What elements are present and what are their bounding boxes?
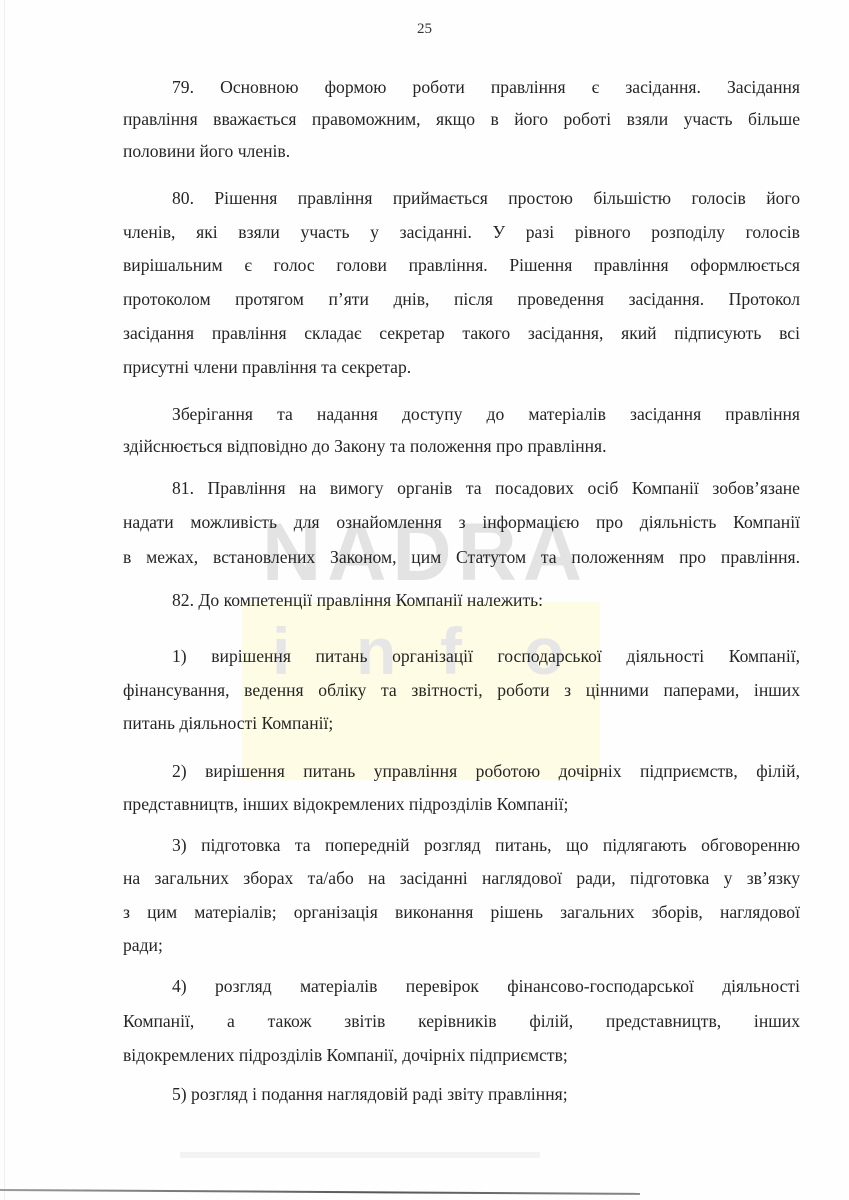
paragraph-80-line: членів, які взяли участь у засіданні. У … bbox=[123, 221, 800, 243]
paragraph-storage-line: Зберігання та надання доступу до матеріа… bbox=[172, 403, 800, 425]
paragraph-79-line: правління вважається правоможним, якщо в… bbox=[123, 108, 800, 130]
paragraph-80-line: протоколом протягом п’яти днів, після пр… bbox=[123, 288, 800, 310]
document-page: NADRA info 25 79. Основною формою роботи… bbox=[0, 0, 849, 1200]
item-1-line: фінансування, ведення обліку та звітност… bbox=[123, 679, 800, 701]
item-3-line: ради; bbox=[123, 934, 163, 956]
paragraph-80-line: вирішальним є голос голови правління. Рі… bbox=[123, 254, 800, 276]
paragraph-81-line: в межах, встановлених Законом, цим Стату… bbox=[123, 546, 800, 568]
item-4-line: Компанії, а також звітів керівників філі… bbox=[123, 1010, 800, 1032]
item-5-line: 5) розгляд і подання наглядовій раді зві… bbox=[172, 1083, 568, 1105]
item-1-line: питань діяльності Компанії; bbox=[123, 712, 333, 734]
item-4-line: відокремлених підрозділів Компанії, дочі… bbox=[123, 1044, 568, 1066]
page-number: 25 bbox=[0, 21, 849, 38]
item-1-line: 1) вирішення питань організації господар… bbox=[172, 645, 800, 667]
scan-bottom-edge bbox=[0, 1189, 640, 1195]
paragraph-81-line: надати можливість для ознайомлення з інф… bbox=[123, 511, 800, 533]
paragraph-80-line: 80. Рішення правління приймається просто… bbox=[172, 187, 800, 209]
item-2-line: 2) вирішення питань управління роботою д… bbox=[172, 760, 800, 782]
item-4-line: 4) розгляд матеріалів перевірок фінансов… bbox=[172, 975, 800, 997]
paragraph-79-line: 79. Основною формою роботи правління є з… bbox=[172, 76, 800, 98]
item-3-line: на загальних зборах та/або на засіданні … bbox=[123, 867, 800, 889]
paragraph-80-line: засідання правління складає секретар так… bbox=[123, 322, 800, 344]
item-2-line: представництв, інших відокремлених підро… bbox=[123, 793, 568, 815]
paragraph-82-heading: 82. До компетенції правління Компанії на… bbox=[172, 589, 543, 611]
item-3-line: з цим матеріалів; організація виконання … bbox=[123, 901, 800, 923]
paragraph-79-line: половини його членів. bbox=[123, 140, 290, 162]
paragraph-81-line: 81. Правління на вимогу органів та посад… bbox=[172, 477, 800, 499]
scan-artifact bbox=[180, 1152, 540, 1158]
paragraph-storage-line: здійснюється відповідно до Закону та пол… bbox=[123, 435, 607, 457]
item-3-line: 3) підготовка та попередній розгляд пита… bbox=[172, 834, 800, 856]
paragraph-80-line: присутні члени правління та секретар. bbox=[123, 356, 411, 378]
scan-edge bbox=[4, 0, 5, 1200]
